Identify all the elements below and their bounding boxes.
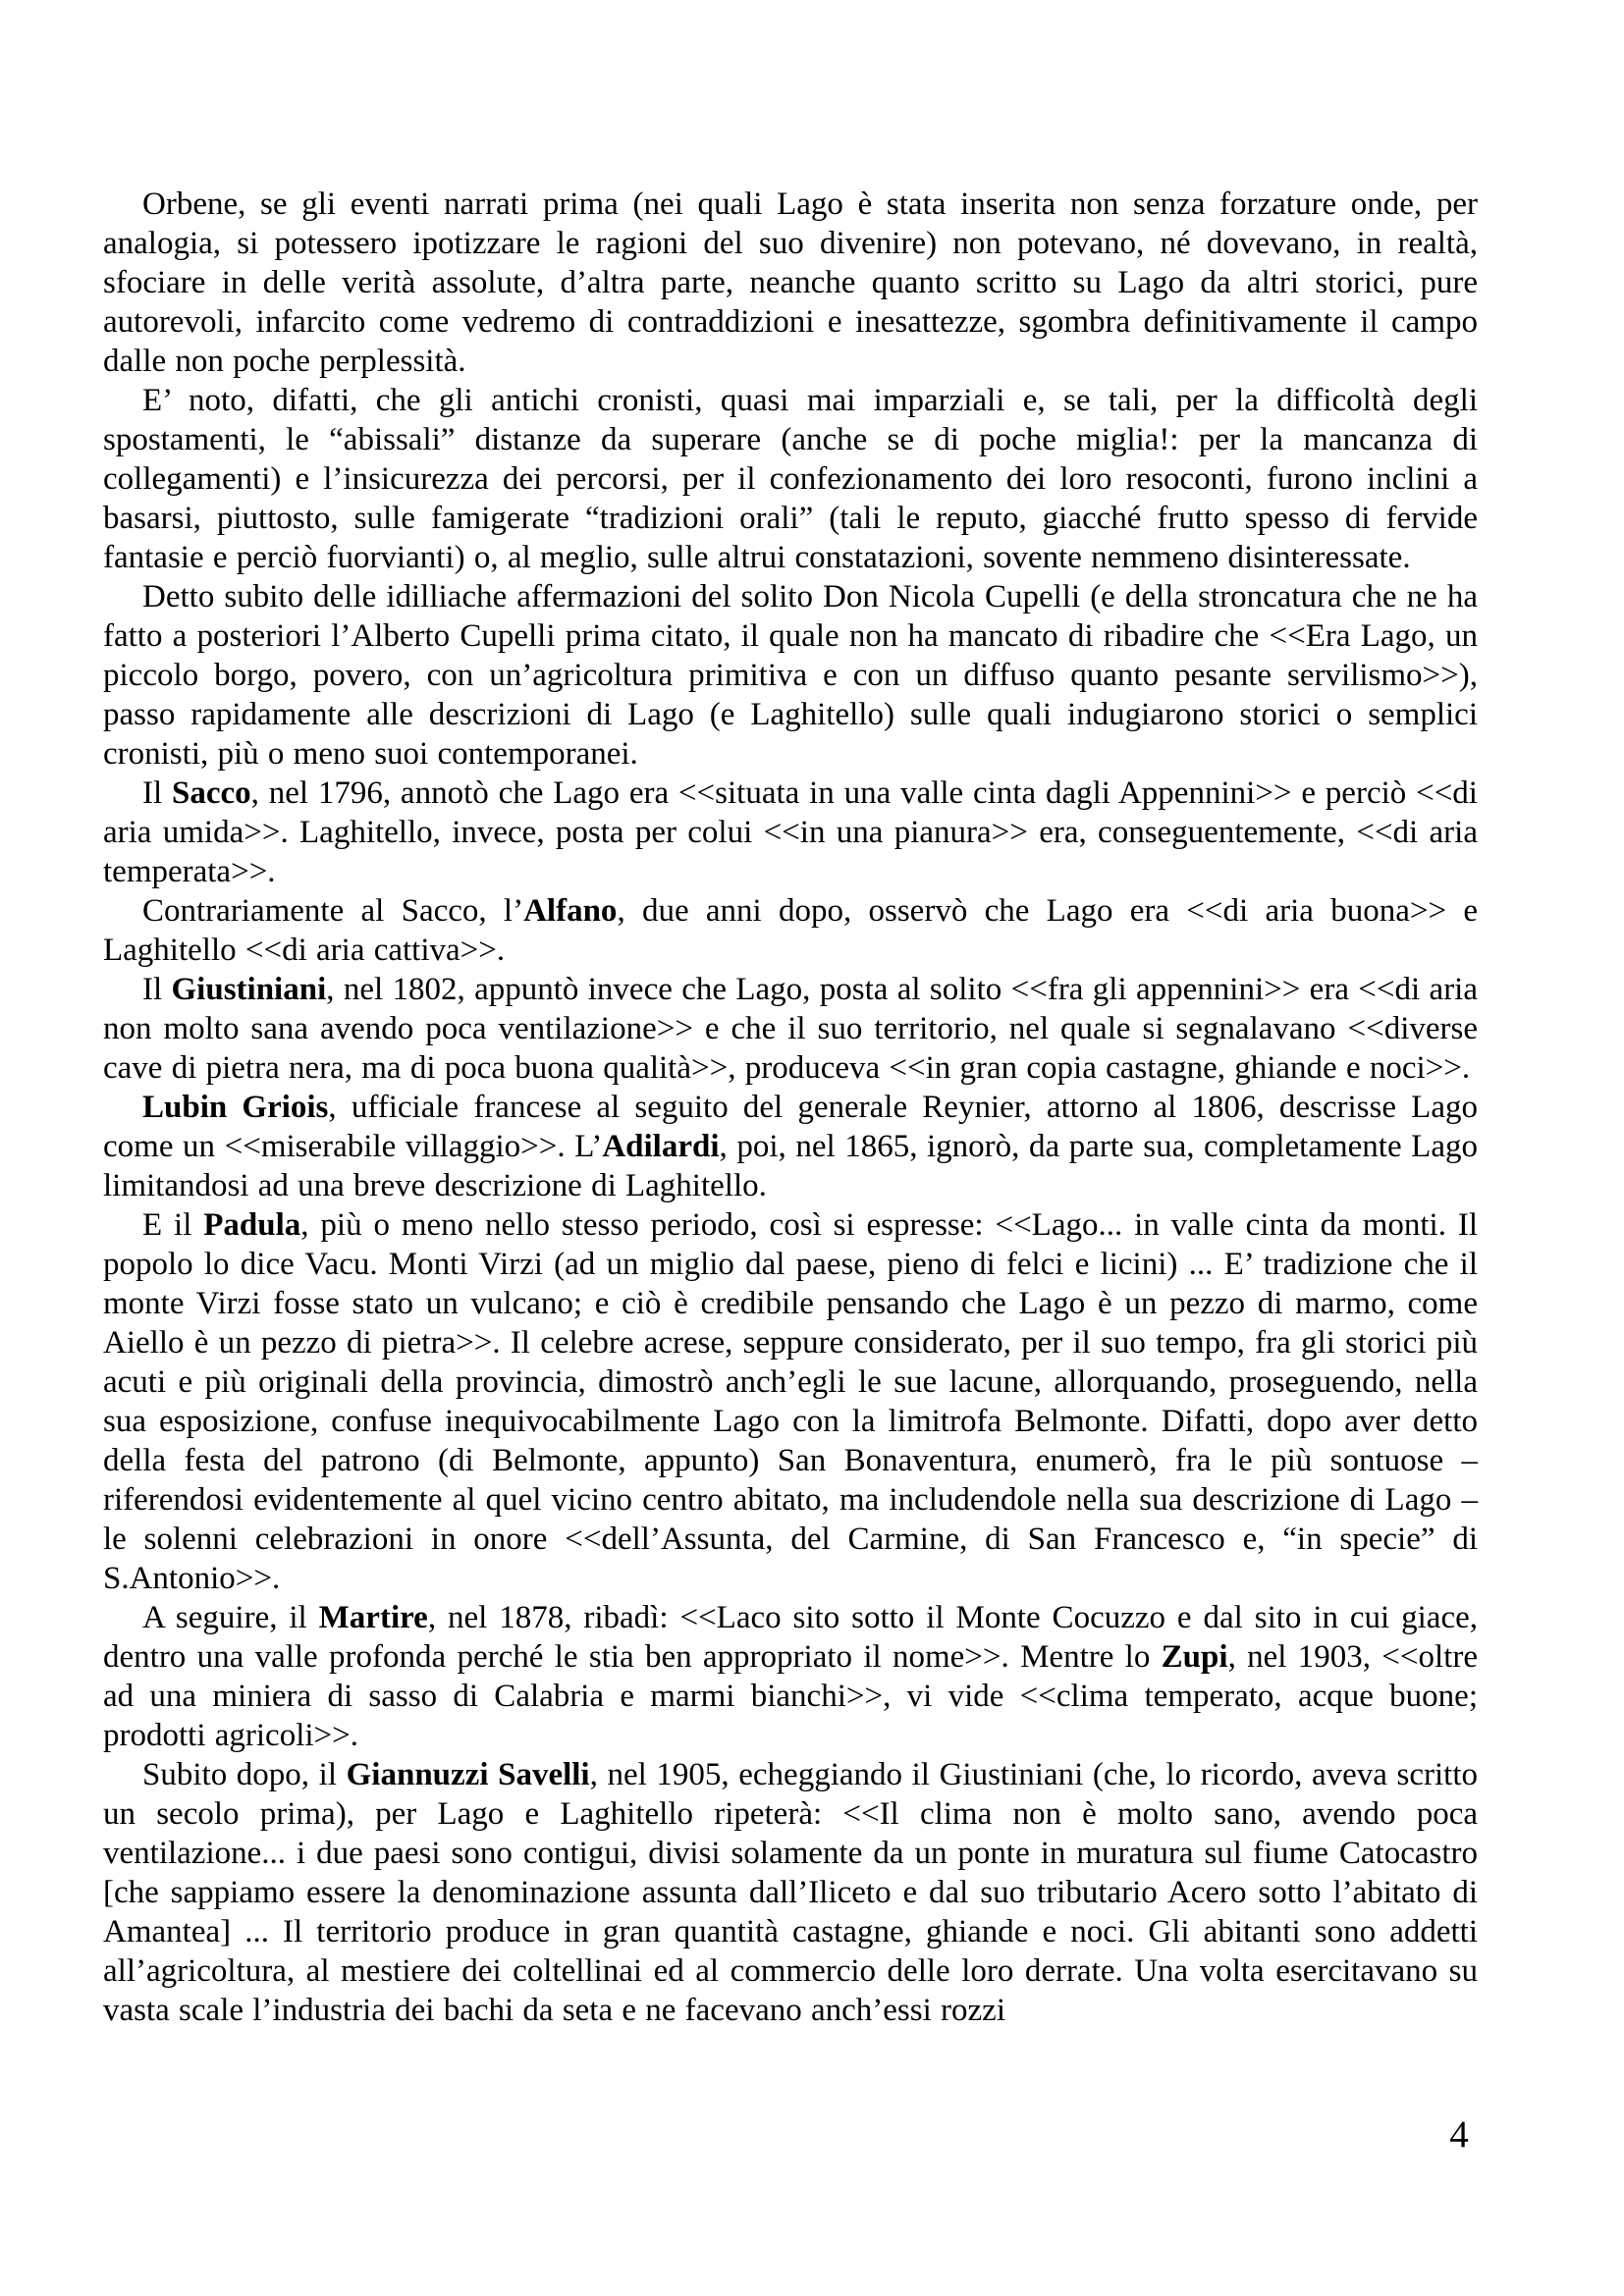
text-block: Orbene, se gli eventi narrati prima (nei… (103, 185, 1478, 2030)
bold-text-segment: Martire (319, 1600, 428, 1635)
document-page: Orbene, se gli eventi narrati prima (nei… (0, 0, 1624, 2296)
paragraph: Il Giustiniani, nel 1802, appuntò invece… (103, 970, 1478, 1088)
text-segment: A seguire, il (142, 1600, 319, 1635)
paragraph: Subito dopo, il Giannuzzi Savelli, nel 1… (103, 1755, 1478, 2030)
text-segment: Detto subito delle idilliache affermazio… (103, 579, 1478, 772)
paragraph: E il Padula, più o meno nello stesso per… (103, 1205, 1478, 1598)
text-segment: E’ noto, difatti, che gli antichi cronis… (103, 383, 1478, 575)
bold-text-segment: Adilardi (602, 1129, 719, 1164)
bold-text-segment: Giannuzzi Savelli (347, 1757, 590, 1792)
bold-text-segment: Alfano (523, 893, 617, 929)
bold-text-segment: Giustiniani (172, 972, 327, 1007)
paragraph: Il Sacco, nel 1796, annotò che Lago era … (103, 774, 1478, 891)
paragraph: Lubin Griois, ufficiale francese al segu… (103, 1088, 1478, 1205)
page-number: 4 (1435, 2112, 1483, 2158)
text-segment: Contrariamente al Sacco, l’ (142, 893, 523, 929)
bold-text-segment: Sacco (172, 775, 251, 811)
text-segment: Il (142, 775, 172, 811)
bold-text-segment: Padula (203, 1207, 300, 1243)
paragraph: Orbene, se gli eventi narrati prima (nei… (103, 185, 1478, 381)
bold-text-segment: Zupi (1162, 1639, 1228, 1675)
paragraph: E’ noto, difatti, che gli antichi cronis… (103, 381, 1478, 577)
text-segment: Il (142, 972, 172, 1007)
text-segment: Orbene, se gli eventi narrati prima (nei… (103, 187, 1478, 379)
bold-text-segment: Lubin Griois (142, 1090, 328, 1125)
text-segment: , nel 1796, annotò che Lago era <<situat… (103, 775, 1478, 889)
paragraph: A seguire, il Martire, nel 1878, ribadì:… (103, 1598, 1478, 1755)
text-segment: , nel 1905, echeggiando il Giustiniani (… (103, 1757, 1478, 2028)
text-segment: Subito dopo, il (142, 1757, 347, 1792)
paragraph: Contrariamente al Sacco, l’Alfano, due a… (103, 891, 1478, 970)
paragraph: Detto subito delle idilliache affermazio… (103, 577, 1478, 774)
text-segment: E il (142, 1207, 203, 1243)
text-segment: , più o meno nello stesso periodo, così … (103, 1207, 1478, 1596)
